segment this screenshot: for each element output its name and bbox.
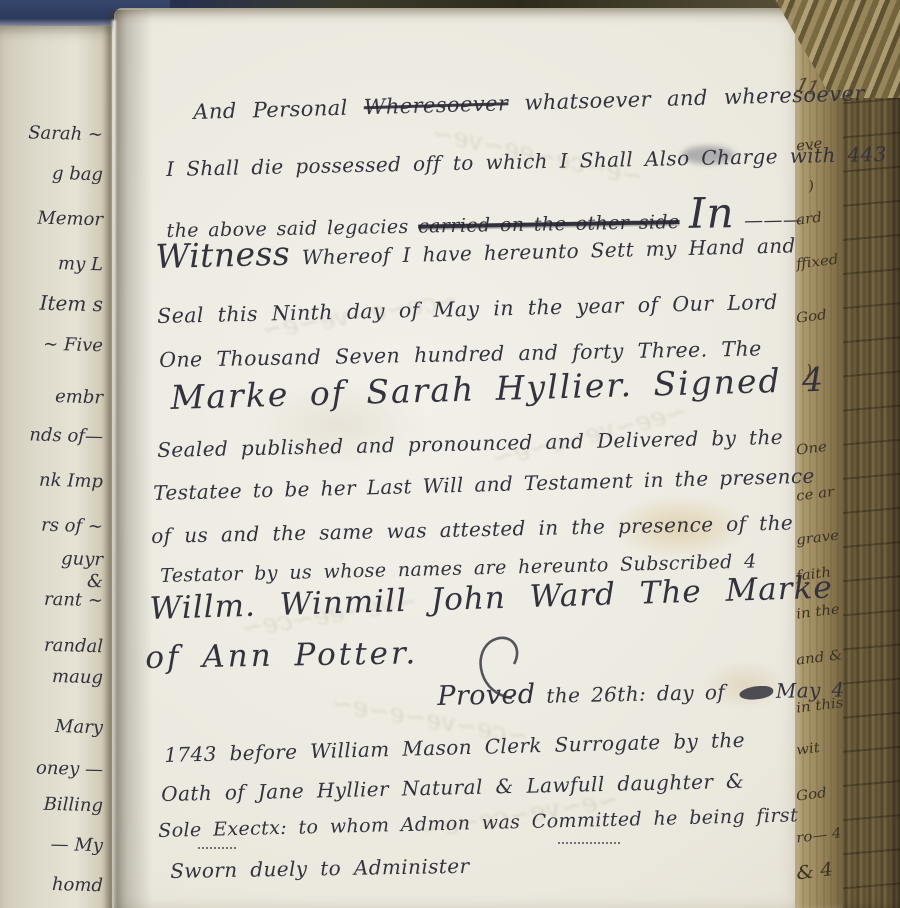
facing-page-fragment: guyr bbox=[0, 547, 107, 571]
facing-page-fragment: Memor bbox=[0, 207, 107, 231]
facing-page-fragment: rs of ~ bbox=[0, 514, 107, 538]
facing-page-fragment: Item s bbox=[0, 290, 107, 317]
facing-page-fragment: rant ~ bbox=[0, 588, 107, 612]
facing-page-fragment: Mary bbox=[0, 715, 107, 739]
struck-text: Wheresoever bbox=[363, 91, 508, 119]
facing-page-fragment: homd bbox=[0, 873, 107, 897]
line-text: the 26th: day of bbox=[535, 680, 736, 708]
manuscript-line-witnesses: of Ann Potter. bbox=[145, 635, 419, 676]
facing-page-fragment: randal bbox=[0, 634, 107, 658]
facing-page-fragment: Sarah ~ bbox=[0, 122, 107, 146]
ink-dots bbox=[198, 845, 236, 849]
facing-page-fragment: maug bbox=[0, 665, 107, 689]
facing-page-fragment: Billing bbox=[0, 793, 107, 817]
facing-page-fragment: nk Imp bbox=[0, 469, 107, 493]
book-gutter-fold bbox=[112, 20, 116, 908]
ink-blot bbox=[738, 685, 773, 700]
facing-page-fragment: ~ Five bbox=[0, 333, 107, 357]
line-text-large: Witness bbox=[155, 234, 291, 276]
facing-page-fragment: oney — bbox=[0, 757, 107, 781]
facing-page-fragment: nds of— bbox=[0, 424, 107, 448]
manuscript-photo: ~e~ce~ee~ve~ ~ce~e~ve~e~ ~ee~ve~c~e~ ~ve… bbox=[0, 0, 900, 908]
book-fore-edge bbox=[843, 0, 900, 908]
facing-page-fragment: my L bbox=[0, 252, 107, 276]
facing-page-fragment: g bag bbox=[0, 162, 107, 186]
line-text: And Personal bbox=[193, 95, 364, 124]
ink-dots bbox=[558, 840, 620, 844]
line-text-large: Proved bbox=[437, 679, 536, 712]
facing-page-fragment: — My bbox=[0, 833, 107, 857]
facing-page-fragment: embr bbox=[0, 385, 107, 409]
